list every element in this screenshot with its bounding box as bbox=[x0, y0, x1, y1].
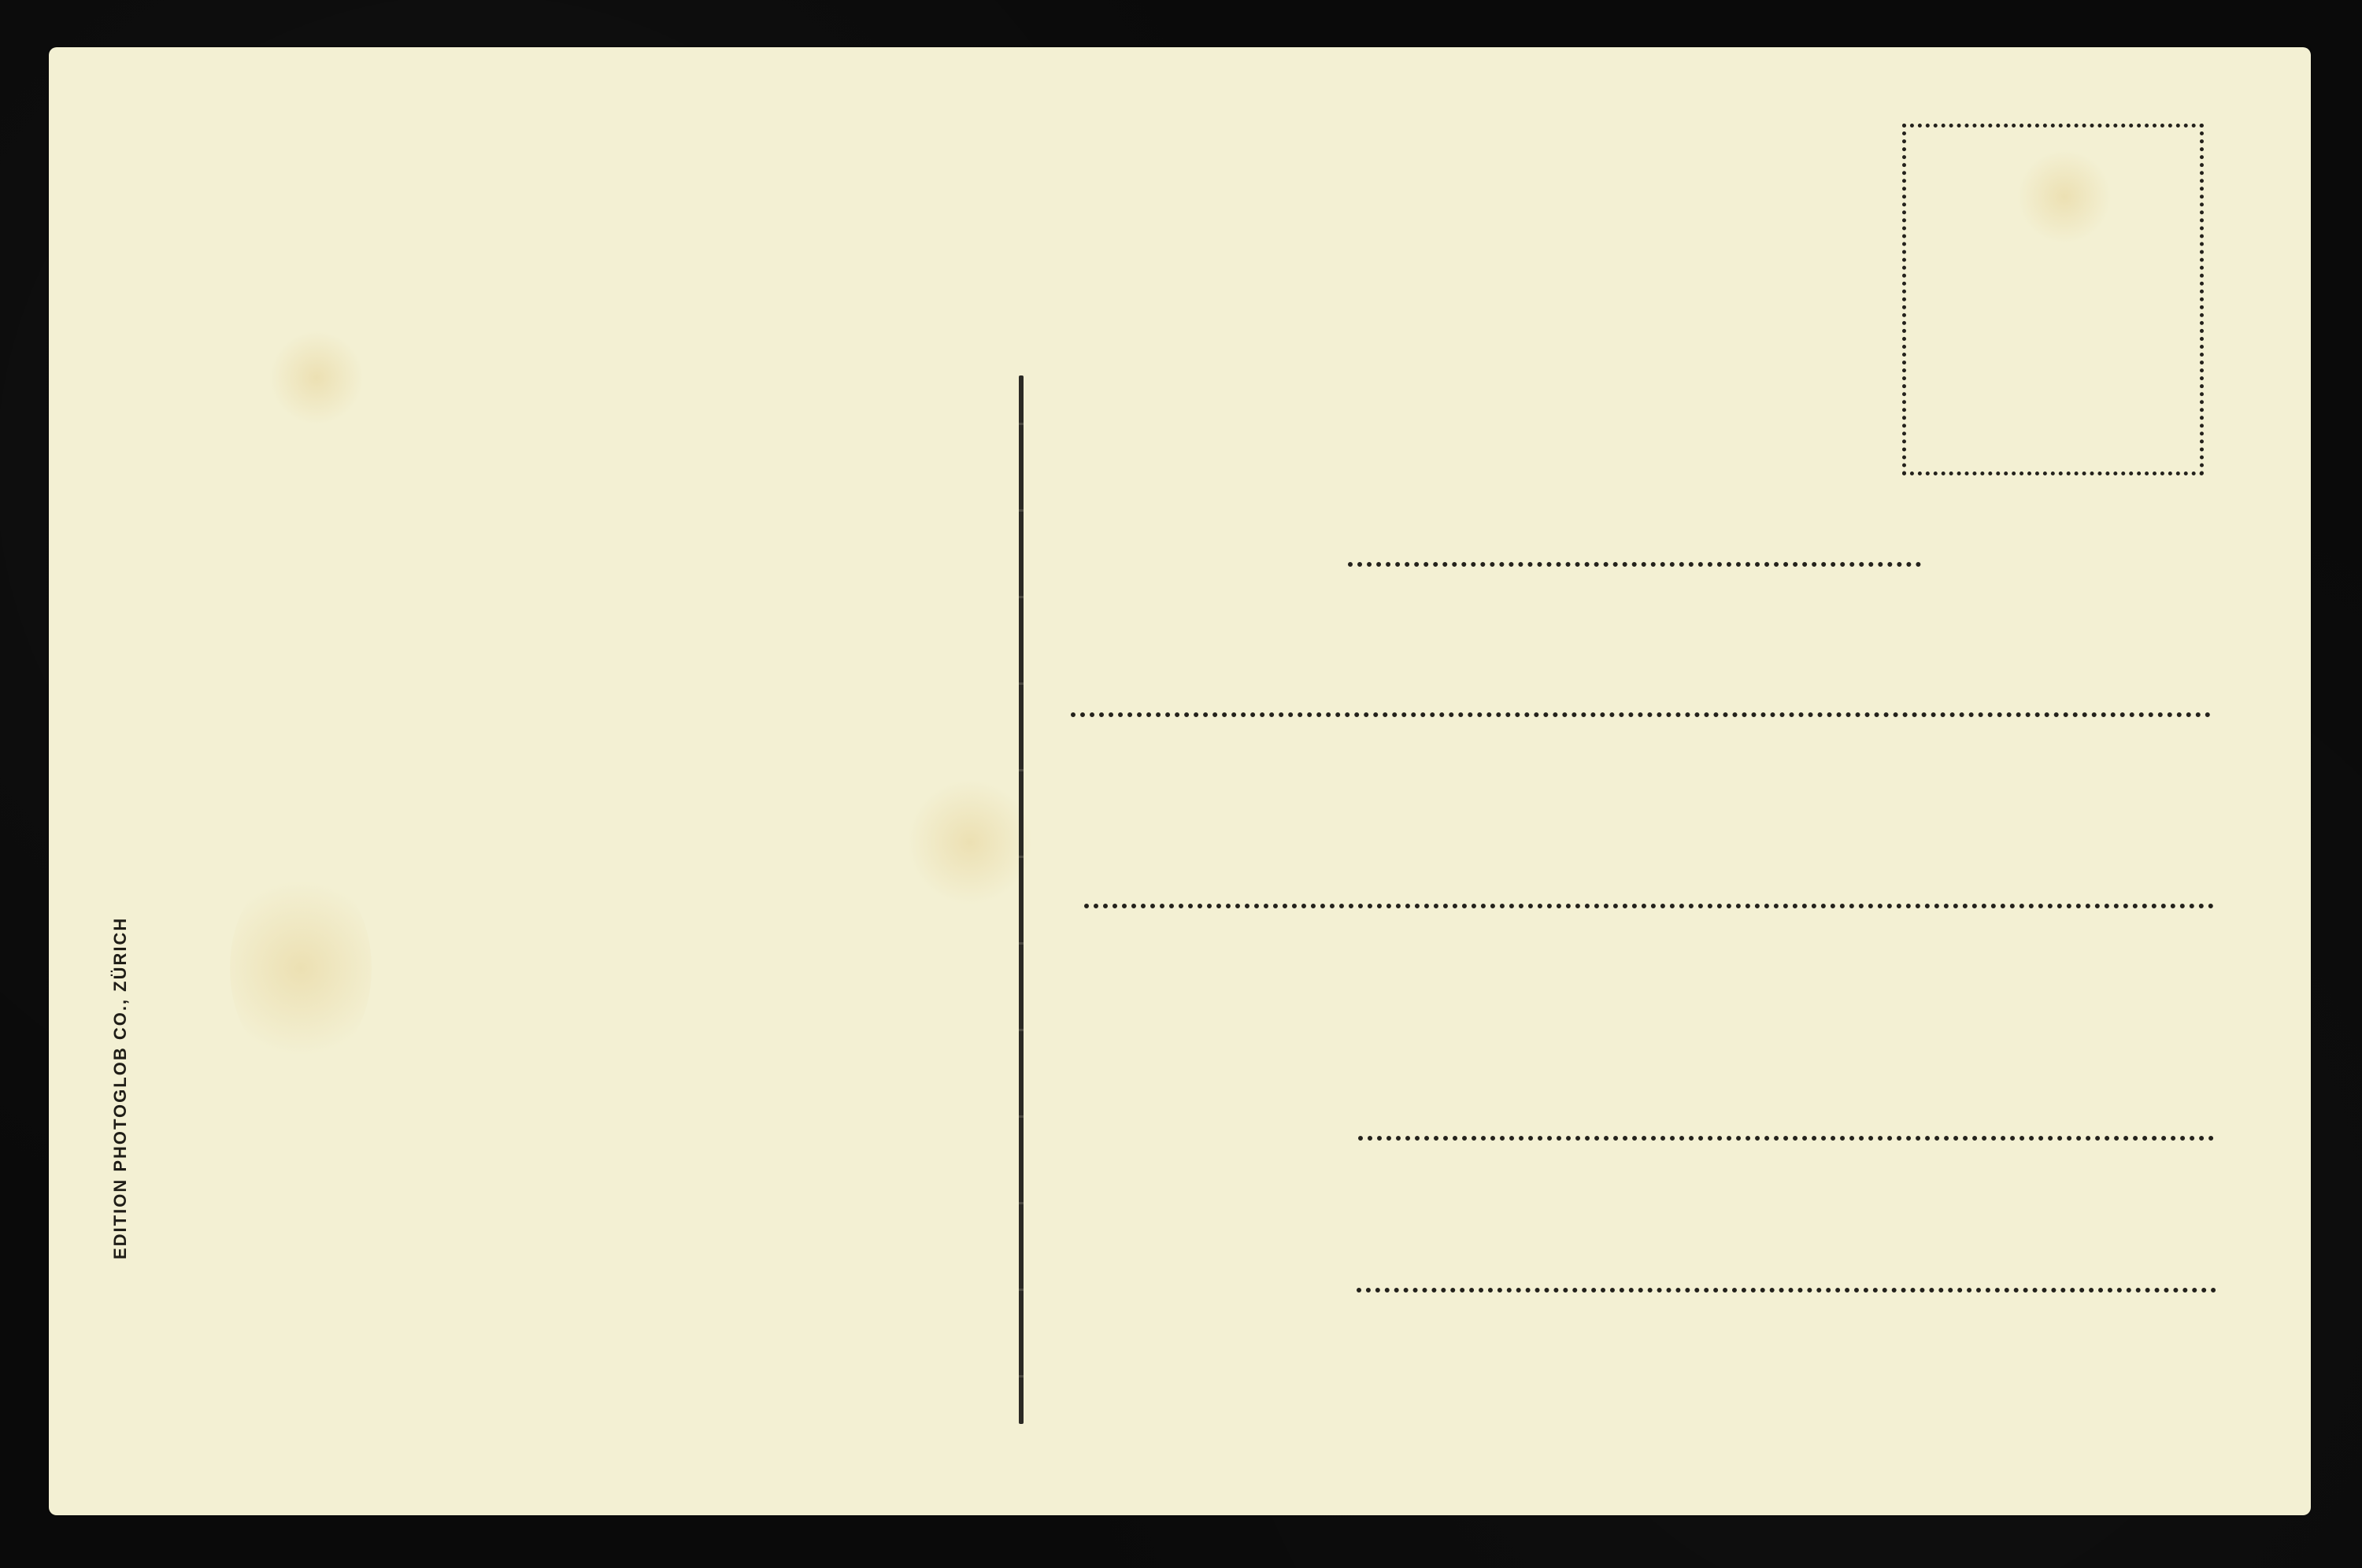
address-line-4 bbox=[1358, 1136, 2214, 1141]
stamp-placement-box bbox=[1902, 124, 2204, 475]
message-area bbox=[49, 47, 1013, 1515]
address-line-2 bbox=[1071, 712, 2211, 717]
address-line-3 bbox=[1084, 904, 2214, 908]
postcard-back: EDITION PHOTOGLOB CO., ZÜRICH bbox=[49, 47, 2311, 1515]
address-line-1 bbox=[1348, 562, 1921, 567]
publisher-imprint: EDITION PHOTOGLOB CO., ZÜRICH bbox=[110, 917, 131, 1259]
address-line-5 bbox=[1357, 1288, 2216, 1292]
center-divider-line bbox=[1019, 375, 1024, 1424]
